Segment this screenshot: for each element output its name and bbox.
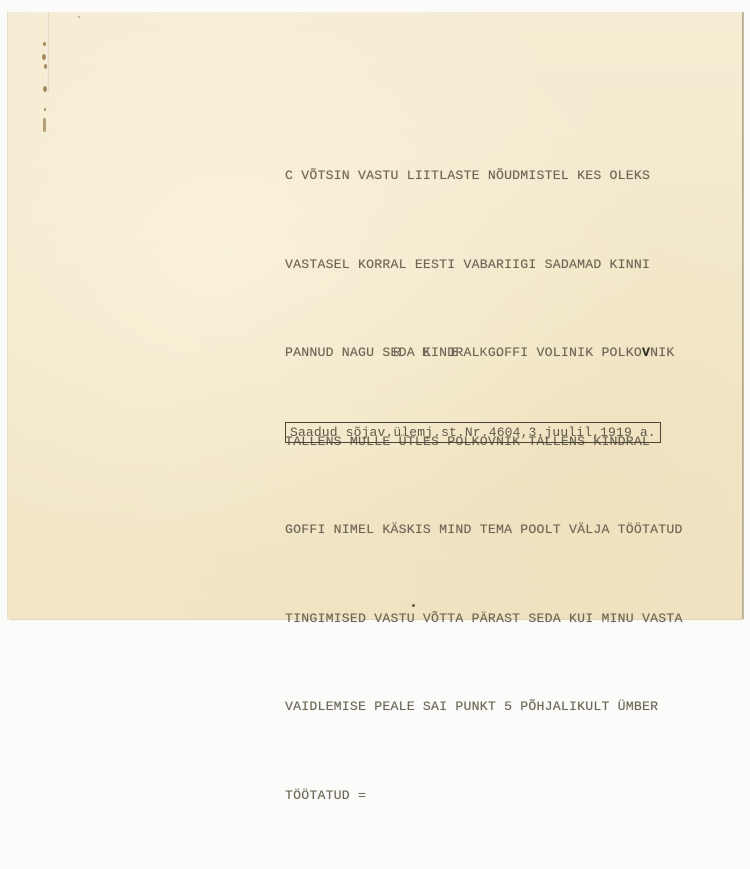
paper-speck [78,16,80,18]
body-line: GOFFI NIMEL KÄSKIS MIND TEMA POOLT VÄLJA… [285,515,683,545]
page-edge-shadow [742,12,744,619]
received-note-box: Saadud sõjav.ülemj.st.Nr.4604,3.juulil,1… [285,422,661,443]
body-line: C VÕTSIN VASTU LIITLASTE NÕUDMISTEL KES … [285,161,683,191]
body-line: TINGIMISED VASTU VÕTTA PÄRAST SEDA KUI M… [285,604,683,631]
paper-speck [412,604,415,607]
document-page: C VÕTSIN VASTU LIITLASTE NÕUDMISTEL KES … [8,12,742,619]
body-line: VASTASEL KORRAL EESTI VABARIIGI SADAMAD … [285,250,683,280]
telegram-body: C VÕTSIN VASTU LIITLASTE NÕUDMISTEL KES … [285,102,683,630]
binding-holes [38,28,52,138]
signature: R E E K. [393,345,508,360]
